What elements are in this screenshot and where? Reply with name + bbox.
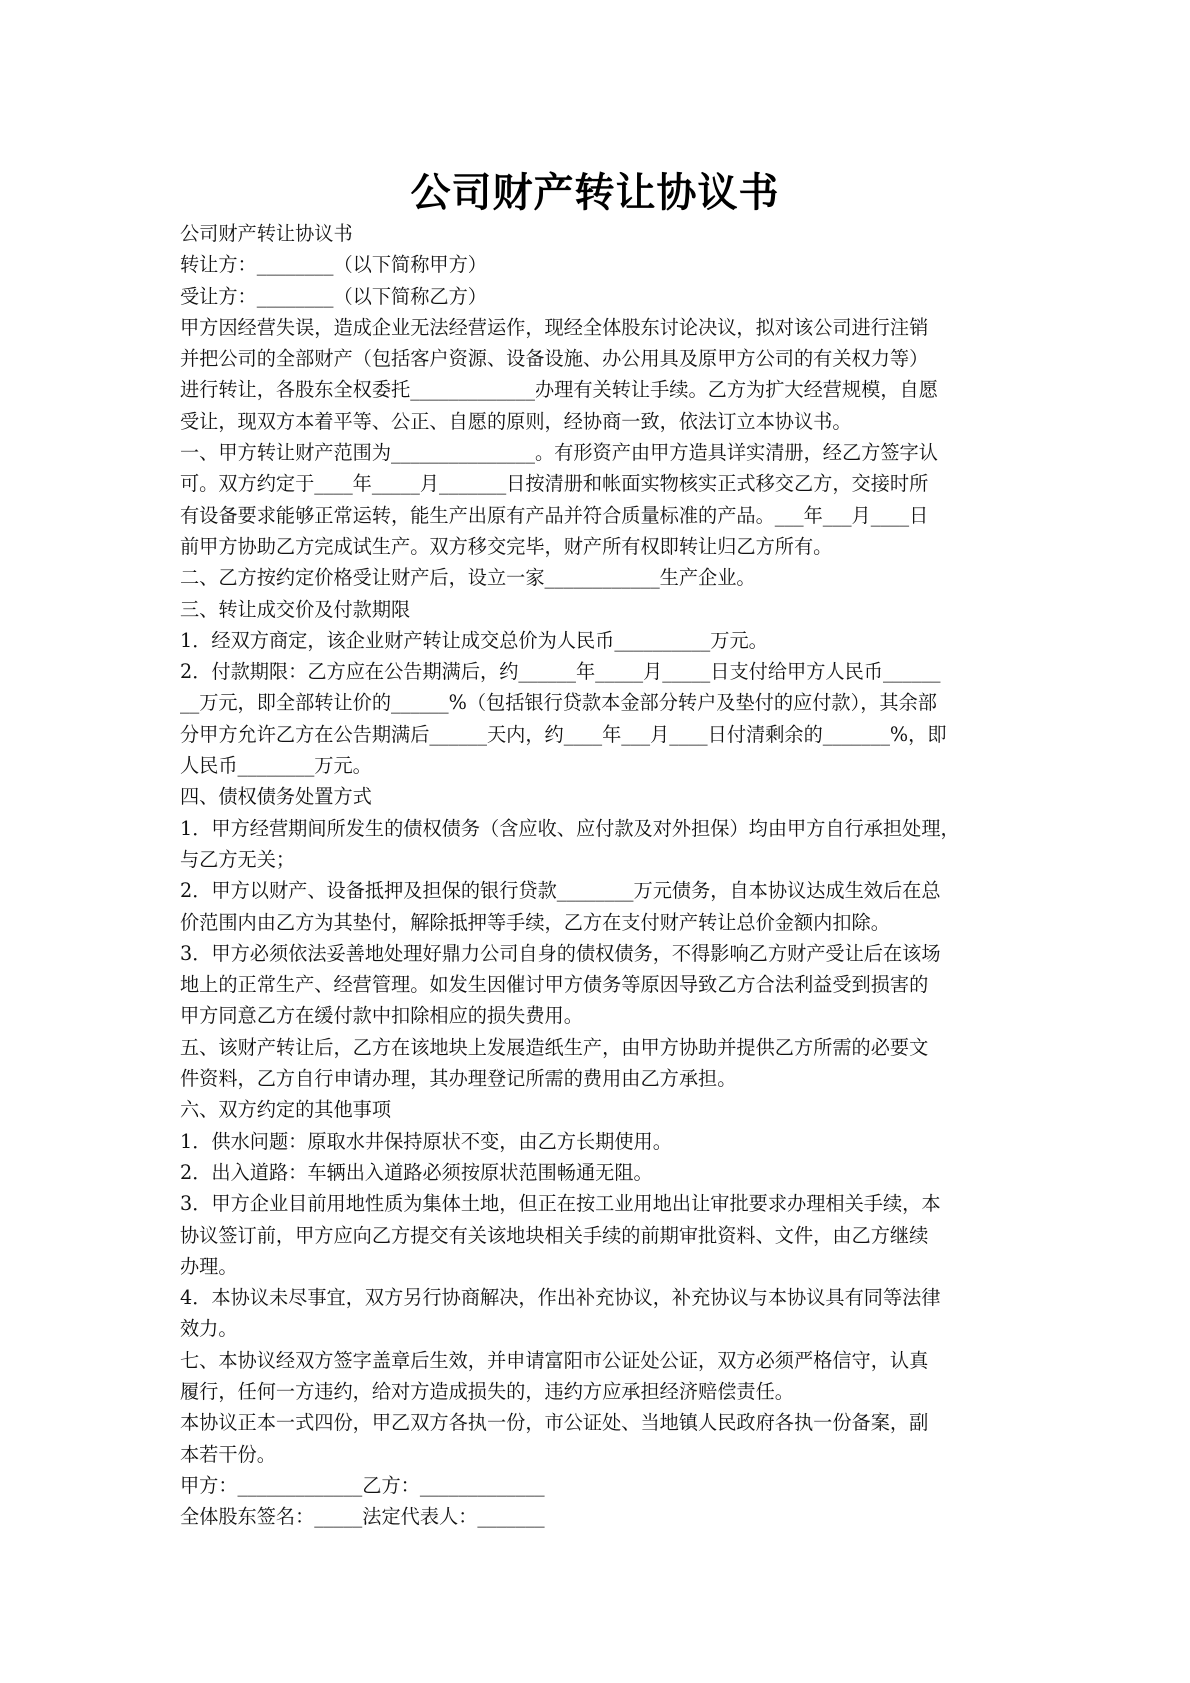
copies-line: 本若干份。 (180, 1439, 1020, 1470)
preamble-line: 甲方因经营失误，造成企业无法经营运作，现经全体股东讨论决议，拟对该公司进行注销 (180, 312, 1020, 343)
document-body: 公司财产转让协议书 转让方：________（以下简称甲方） 受让方：_____… (180, 218, 1020, 1532)
clause-6-item-1: 1．供水问题：原取水井保持原状不变，由乙方长期使用。 (180, 1126, 1020, 1157)
preamble-line: 并把公司的全部财产（包括客户资源、设备设施、办公用具及原甲方公司的有关权力等） (180, 343, 1020, 374)
clause-6-item-2: 2．出入道路：车辆出入道路必须按原状范围畅通无阻。 (180, 1157, 1020, 1188)
clause-6-item-3: 办理。 (180, 1251, 1020, 1282)
clause-3-heading: 三、转让成交价及付款期限 (180, 594, 1020, 625)
clause-1-line: 一、甲方转让财产范围为_______________。有形资产由甲方造具详实清册… (180, 437, 1020, 468)
preamble-line: 受让，现双方本着平等、公正、自愿的原则，经协商一致，依法订立本协议书。 (180, 406, 1020, 437)
clause-4-item-1: 1．甲方经营期间所发生的债权债务（含应收、应付款及对外担保）均由甲方自行承担处理… (180, 813, 1020, 844)
subtitle-line: 公司财产转让协议书 (180, 218, 1020, 249)
clause-4-item-2: 价范围内由乙方为其垫付，解除抵押等手续，乙方在支付财产转让总价金额内扣除。 (180, 907, 1020, 938)
preamble-line: 进行转让，各股东全权委托_____________办理有关转让手续。乙方为扩大经… (180, 374, 1020, 405)
clause-3-item-1: 1．经双方商定，该企业财产转让成交总价为人民币__________万元。 (180, 625, 1020, 656)
clause-6-item-3: 3．甲方企业目前用地性质为集体土地，但正在按工业用地出让审批要求办理相关手续，本 (180, 1188, 1020, 1219)
document-page: 公司财产转让协议书 公司财产转让协议书 转让方：________（以下简称甲方）… (0, 0, 1190, 1683)
transferor-line: 转让方：________（以下简称甲方） (180, 249, 1020, 280)
shareholder-signature-line: 全体股东签名：_____法定代表人：_______ (180, 1501, 1020, 1532)
clause-7-line: 七、本协议经双方签字盖章后生效，并申请富阳市公证处公证，双方必须严格信守，认真 (180, 1345, 1020, 1376)
transferee-line: 受让方：________（以下简称乙方） (180, 281, 1020, 312)
clause-3-item-2: 2．付款期限：乙方应在公告期满后，约______年_____月_____日支付给… (180, 656, 1020, 687)
clause-4-item-3: 甲方同意乙方在缓付款中扣除相应的损失费用。 (180, 1000, 1020, 1031)
clause-6-item-4: 4．本协议未尽事宜，双方另行协商解决，作出补充协议，补充协议与本协议具有同等法律 (180, 1282, 1020, 1313)
clause-1-line: 可。双方约定于____年_____月_______日按清册和帐面实物核实正式移交… (180, 468, 1020, 499)
clause-4-item-3: 地上的正常生产、经营管理。如发生因催讨甲方债务等原因导致乙方合法利益受到损害的 (180, 969, 1020, 1000)
clause-3-item-2: 分甲方允许乙方在公告期满后______天内，约____年___月____日付清剩… (180, 719, 1020, 750)
clause-5-line: 五、该财产转让后，乙方在该地块上发展造纸生产，由甲方协助并提供乙方所需的必要文 (180, 1032, 1020, 1063)
clause-5-line: 件资料，乙方自行申请办理，其办理登记所需的费用由乙方承担。 (180, 1063, 1020, 1094)
clause-4-heading: 四、债权债务处置方式 (180, 781, 1020, 812)
copies-line: 本协议正本一式四份，甲乙双方各执一份，市公证处、当地镇人民政府各执一份备案，副 (180, 1407, 1020, 1438)
document-title: 公司财产转让协议书 (0, 168, 1190, 218)
clause-3-item-2: 人民币________万元。 (180, 750, 1020, 781)
clause-6-heading: 六、双方约定的其他事项 (180, 1094, 1020, 1125)
clause-1-line: 有设备要求能够正常运转，能生产出原有产品并符合质量标准的产品。___年___月_… (180, 500, 1020, 531)
clause-3-item-2: __万元，即全部转让价的______%（包括银行贷款本金部分转户及垫付的应付款）… (180, 687, 1020, 718)
clause-1-line: 前甲方协助乙方完成试生产。双方移交完毕，财产所有权即转让归乙方所有。 (180, 531, 1020, 562)
clause-4-item-1: 与乙方无关； (180, 844, 1020, 875)
clause-7-line: 履行，任何一方违约，给对方造成损失的，违约方应承担经济赔偿责任。 (180, 1376, 1020, 1407)
clause-4-item-3: 3．甲方必须依法妥善地处理好鼎力公司自身的债权债务，不得影响乙方财产受让后在该场 (180, 938, 1020, 969)
party-signature-line: 甲方：_____________乙方：_____________ (180, 1470, 1020, 1501)
clause-2-line: 二、乙方按约定价格受让财产后，设立一家____________生产企业。 (180, 562, 1020, 593)
clause-4-item-2: 2．甲方以财产、设备抵押及担保的银行贷款________万元债务，自本协议达成生… (180, 875, 1020, 906)
clause-6-item-4: 效力。 (180, 1313, 1020, 1344)
clause-6-item-3: 协议签订前，甲方应向乙方提交有关该地块相关手续的前期审批资料、文件，由乙方继续 (180, 1220, 1020, 1251)
